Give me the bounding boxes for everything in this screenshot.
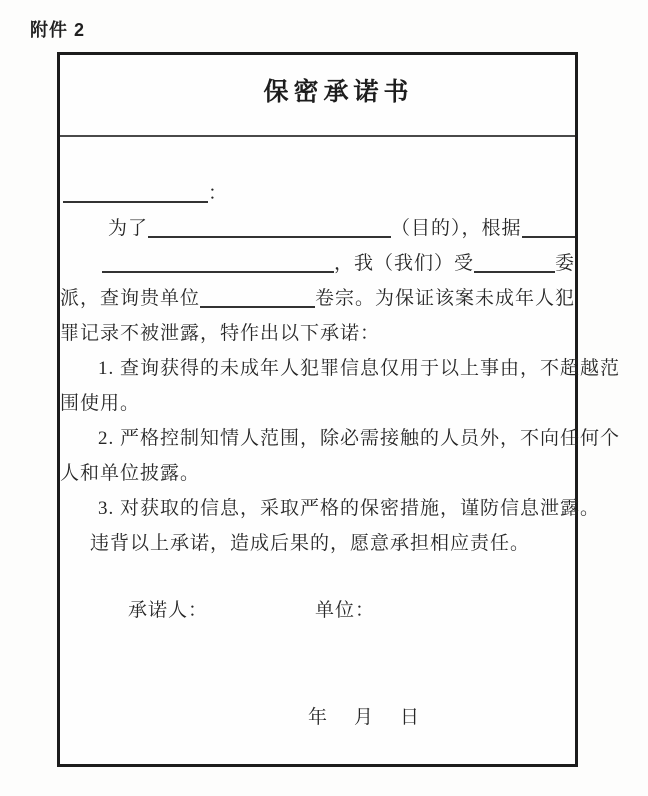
form-text: 3. 对获取的信息，采取严格的保密措施，谨防信息泄露。 bbox=[98, 491, 600, 526]
date-row: 年 月 日 bbox=[60, 700, 575, 735]
form-text: ： bbox=[208, 176, 228, 211]
form-line: 围使用。 bbox=[60, 386, 575, 421]
blank-field bbox=[63, 177, 208, 203]
form-line: 派，查询贵单位卷宗。为保证该案未成年人犯 bbox=[60, 281, 575, 316]
form-text: 1. 查询获得的未成年人犯罪信息仅用于以上事由，不超越范 bbox=[98, 351, 620, 386]
form-text: 违背以上承诺，造成后果的，愿意承担相应责任。 bbox=[90, 526, 530, 561]
form-line: 罪记录不被泄露，特作出以下承诺： bbox=[60, 316, 575, 351]
form-text: 为了 bbox=[108, 211, 148, 246]
blank-field bbox=[474, 247, 555, 273]
form-text: 委 bbox=[555, 246, 575, 281]
day-label: 日 bbox=[400, 700, 420, 735]
form-text: 围使用。 bbox=[60, 386, 140, 421]
blank-field bbox=[148, 212, 391, 238]
form-line: 人和单位披露。 bbox=[60, 456, 575, 491]
document-page: 附件 2 保密承诺书 ：为了（目的），根据，我（我们）受委派，查询贵单位卷宗。为… bbox=[0, 0, 648, 796]
year-label: 年 bbox=[308, 700, 328, 735]
form-card: 保密承诺书 ：为了（目的），根据，我（我们）受委派，查询贵单位卷宗。为保证该案未… bbox=[57, 52, 578, 767]
blank-field bbox=[522, 212, 575, 238]
attachment-label: 附件 2 bbox=[30, 16, 85, 42]
month-label: 月 bbox=[354, 700, 374, 735]
form-body: ：为了（目的），根据，我（我们）受委派，查询贵单位卷宗。为保证该案未成年人犯罪记… bbox=[60, 176, 575, 561]
form-text: 派，查询贵单位 bbox=[60, 281, 200, 316]
form-line: 2. 严格控制知情人范围，除必需接触的人员外，不向任何个 bbox=[60, 421, 575, 456]
form-line: ： bbox=[60, 176, 575, 211]
form-line: 3. 对获取的信息，采取严格的保密措施，谨防信息泄露。 bbox=[60, 491, 575, 526]
form-line: 为了（目的），根据 bbox=[60, 211, 575, 246]
blank-field bbox=[102, 247, 334, 273]
form-text: 2. 严格控制知情人范围，除必需接触的人员外，不向任何个 bbox=[98, 421, 620, 456]
form-line: 1. 查询获得的未成年人犯罪信息仅用于以上事由，不超越范 bbox=[60, 351, 575, 386]
form-line: 违背以上承诺，造成后果的，愿意承担相应责任。 bbox=[60, 526, 575, 561]
form-text: （目的），根据 bbox=[391, 211, 522, 246]
promisor-label: 承诺人： bbox=[128, 593, 208, 628]
form-line: ，我（我们）受委 bbox=[60, 246, 575, 281]
form-title: 保密承诺书 bbox=[81, 72, 596, 108]
form-text: ，我（我们）受 bbox=[334, 246, 474, 281]
signature-row: 承诺人： 单位： bbox=[60, 593, 575, 628]
unit-label: 单位： bbox=[315, 593, 375, 628]
blank-field bbox=[200, 282, 315, 308]
title-divider bbox=[60, 135, 575, 137]
form-text: 人和单位披露。 bbox=[60, 456, 200, 491]
form-text: 罪记录不被泄露，特作出以下承诺： bbox=[60, 316, 380, 351]
form-text: 卷宗。为保证该案未成年人犯 bbox=[315, 281, 575, 316]
